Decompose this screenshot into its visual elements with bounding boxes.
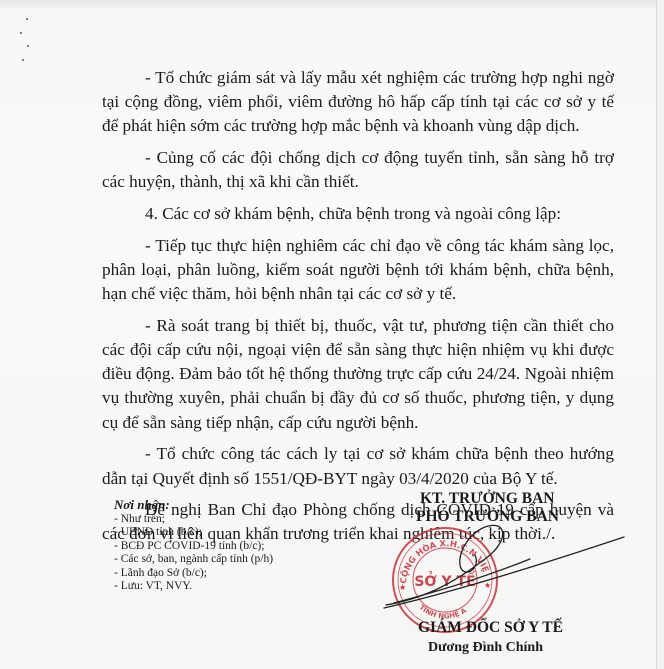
recipients-title: Nơi nhận: — [114, 497, 273, 512]
recipient-item: - Lãnh đạo Sở (b/c); — [114, 567, 273, 580]
paragraph-response-teams: - Củng cố các đội chống dịch cơ động tuy… — [102, 146, 614, 194]
paragraph-screening: - Tiếp tục thực hiện nghiêm các chỉ đạo … — [102, 234, 614, 307]
paragraph-isolation: - Tổ chức công tác cách ly tại cơ sở khá… — [102, 442, 614, 490]
signature-title-2: PHÓ TRƯỞNG BAN — [416, 508, 559, 526]
scan-edge — [657, 0, 664, 669]
document-page: - Tổ chức giám sát và lấy mẫu xét nghiệm… — [0, 0, 657, 669]
section-heading-4: 4. Các cơ sở khám bệnh, chữa bệnh trong … — [102, 202, 614, 226]
recipient-item: - Lưu: VT, NVY. — [114, 580, 273, 593]
signature-position: GIÁM ĐỐC SỞ Y TẾ — [418, 619, 563, 637]
recipient-item: - BCĐ PC COVID-19 tỉnh (b/c); — [114, 540, 273, 553]
recipient-item: - Như trên; — [114, 513, 273, 526]
signatory-name: Dương Đình Chính — [428, 639, 543, 656]
section-number: 4. — [145, 204, 158, 223]
signature-title-1: KT. TRƯỞNG BAN — [420, 490, 555, 508]
paragraph-surveillance: - Tổ chức giám sát và lấy mẫu xét nghiệm… — [102, 66, 614, 139]
section-title: Các cơ sở khám bệnh, chữa bệnh trong và … — [158, 204, 561, 223]
recipient-item: - Các sở, ban, ngành cấp tỉnh (p/h) — [114, 553, 273, 566]
signature-block: KT. TRƯỞNG BAN PHÓ TRƯỞNG BAN GIÁM ĐỐC S… — [376, 486, 626, 666]
recipients-block: Nơi nhận: - Như trên; - UBND tỉnh (b/c);… — [114, 497, 273, 593]
paragraph-equipment: - Rà soát trang bị thiết bị, thuốc, vật … — [102, 314, 614, 435]
document-body: - Tổ chức giám sát và lấy mẫu xét nghiệm… — [102, 66, 614, 554]
recipient-item: - UBND tỉnh (b/c); — [114, 526, 273, 539]
